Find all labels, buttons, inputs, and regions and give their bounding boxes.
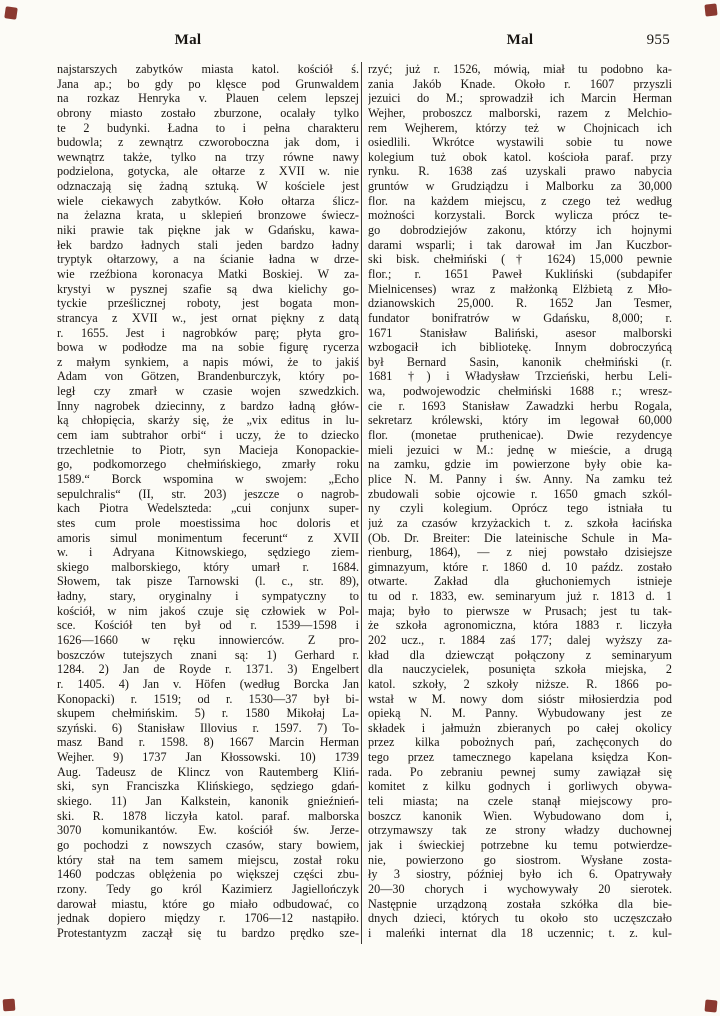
- text-line: 1284. 2) Jan de Royde r. 1371. 3) Engelb…: [57, 662, 359, 677]
- text-line: szyński. 6) Stanisław Illovius r. 1597. …: [57, 721, 359, 736]
- text-line: rem Wejherem, którzy też w Chojnicach ic…: [368, 121, 672, 136]
- text-line: 3070 komunikantów. Ew. kościół św. Jerze…: [57, 823, 359, 838]
- text-line: dla nauczycielek, posunięta szkoła miejs…: [368, 662, 672, 677]
- text-line: gruntów w Grudziądzu i Malborku za 30,00…: [368, 179, 672, 194]
- text-line: flor.; r. 1651 Paweł Kukliński (subdapif…: [368, 267, 672, 282]
- scan-mark-top-right: [704, 3, 717, 16]
- text-line: w. i Adryana Kitnowskiego, sędziego ziem…: [57, 545, 359, 560]
- text-line: dnych dzieci, których tu około sto uczęs…: [368, 911, 672, 926]
- text-line: boszcz kanonik Wien. Wybudowano dom i,: [368, 809, 672, 824]
- text-line: Aug. Tadeusz de Klincz von Rautemberg Kl…: [57, 765, 359, 780]
- text-line: go dobrodziejów zakonu, którzy ich hojny…: [368, 223, 672, 238]
- text-line: był Bernard Sasin, kanonik chełmiński (r…: [368, 355, 672, 370]
- text-line: tryptyk ołtarzowy, a na ścianie ładna w …: [57, 252, 359, 267]
- text-line: Protestantyzm zaczął się tu bardzo prędk…: [57, 926, 359, 941]
- text-line: flor. (monetae pruthenicae). Dwie rezyde…: [368, 428, 672, 443]
- text-line: fundator bonifratrów w Gdańsku, 8,000; r…: [368, 311, 672, 326]
- text-line: otrzymawszy tak ze strony władzy duchown…: [368, 823, 672, 838]
- text-column-left: najstarszych zabytków miasta katol. kośc…: [57, 62, 359, 940]
- text-line: najstarszych zabytków miasta katol. kośc…: [57, 62, 359, 77]
- text-line: Inny nagrobek dziecinny, z bardzo ładną …: [57, 399, 359, 414]
- text-line: ski, syn Franciszka Klińskiego, sędziego…: [57, 779, 359, 794]
- text-line: cem iam subtrahor orbi“ i uczy, że to dz…: [57, 428, 359, 443]
- text-line: zbudowali sobie ojcowie r. 1650 gmach sz…: [368, 487, 672, 502]
- text-line: Jana ap.; bo gdy po klęsce pod Grunwalde…: [57, 77, 359, 92]
- text-line: już za czasów krzyżackich t. z. szkoła ł…: [368, 516, 672, 531]
- text-line: amoris simul monimentum fecerunt“ z XVII: [57, 531, 359, 546]
- text-line: na zamku, gdzie im powierzone były obie …: [368, 457, 672, 472]
- text-line: wa, podwojewodzic chełmiński 1688 r.; wr…: [368, 384, 672, 399]
- text-line: rada. Po zebraniu pewnej sumy zawiązał s…: [368, 765, 672, 780]
- text-line: krystyi w pysznej szafie są dwa kielichy…: [57, 282, 359, 297]
- text-line: darował miastu, które go miało odbudować…: [57, 897, 359, 912]
- scan-mark-bottom-right: [704, 999, 717, 1012]
- text-line: wiele ciekawych zabytków. Koło ołtarza ś…: [57, 194, 359, 209]
- text-line: cie r. 1693 Stanisław Zawadzki herbu Rog…: [368, 399, 672, 414]
- text-line: skiego malborskiego, który umarł r. 1684…: [57, 560, 359, 575]
- text-line: na rozkaz Henryka v. Plauen celem lepsze…: [57, 91, 359, 106]
- text-line: jak i świeckiej potrzebne ku temu potwie…: [368, 838, 672, 853]
- text-line: sekretarz królewski, który im legował 60…: [368, 413, 672, 428]
- text-line: gimnazyum, które r. 1860 d. 10 paźdz. zo…: [368, 560, 672, 575]
- column-divider-rule: [361, 62, 362, 944]
- text-line: komitet z kilku godnych i gorliwych obyw…: [368, 779, 672, 794]
- text-line: r. 1405. 4) Jan v. Höfen (według Borcka …: [57, 677, 359, 692]
- text-line: stes cum prole moestissima hoc doloris e…: [57, 516, 359, 531]
- text-line: ły 3 siostry, później było ich 6. Opatry…: [368, 867, 672, 882]
- text-line: Adam von Götzen, Brandenburczyk, który p…: [57, 369, 359, 384]
- text-line: tego przez tamecznego kapelana księdza K…: [368, 750, 672, 765]
- text-line: teli miasta; na czele stanął miejscowy p…: [368, 794, 672, 809]
- text-line: strancya z XVII w., jest ornat piękny z …: [57, 311, 359, 326]
- text-line: Wejher, proboszcz malborski, razem z Mel…: [368, 106, 672, 121]
- scan-mark-bottom-left: [3, 999, 16, 1012]
- text-line: Słowem, tak pisze Tarnowski (l. c., str.…: [57, 574, 359, 589]
- text-line: wzbogacił ich bibliotekę. Innym dobroczy…: [368, 340, 672, 355]
- text-line: składek i jałmużn zbieranych po całej ok…: [368, 721, 672, 736]
- text-line: otwarte. Zakład dla głuchoniemych istnie…: [368, 574, 672, 589]
- scanned-page: Mal Mal 955 najstarszych zabytków miasta…: [0, 0, 720, 1016]
- text-line: trzechletnie to Piotr, syn Macieja Konop…: [57, 443, 359, 458]
- text-line: na żelazna krata, u sklepień bronzowe św…: [57, 208, 359, 223]
- text-line: darami wsparli; i tak darował im Jan Kuc…: [368, 238, 672, 253]
- text-line: go pochodzi z nowszych czasów, stary bow…: [57, 838, 359, 853]
- scan-mark-top-left: [4, 6, 18, 20]
- text-line: budowla; z zewnątrz czworoboczna jak dom…: [57, 135, 359, 150]
- text-line: rienburg, 1864), — z niej powstało dzisi…: [368, 545, 672, 560]
- text-line: odznaczają się żadną sztuką. W kościele …: [57, 179, 359, 194]
- text-line: Mielnicenses) wraz z małżonką Elżbietą z…: [368, 282, 672, 297]
- text-line: wewnątrz także, tylko na trzy równe nawy: [57, 150, 359, 165]
- text-line: sepulchralis“ (II, str. 203) jeszcze o n…: [57, 487, 359, 502]
- text-line: rzyć; już r. 1526, mówią, miał tu podobn…: [368, 62, 672, 77]
- text-line: nie, powierzono go siostrom. Wysłane zos…: [368, 853, 672, 868]
- text-line: wstał w M. nowy dom sióstr miłosierdzia …: [368, 692, 672, 707]
- text-line: rzony. Tedy go król Kazimierz Jagiellońc…: [57, 882, 359, 897]
- text-line: dzianowskich 25,000. R. 1652 Jan Tesmer,: [368, 296, 672, 311]
- text-line: flor. na każdem miejscu, z czego też wed…: [368, 194, 672, 209]
- text-line: 1589.“ Borck wspomina w swojem: „Echo: [57, 472, 359, 487]
- running-title-left: Mal: [38, 32, 338, 49]
- page-number: 955: [610, 32, 670, 49]
- text-line: zania Jakób Knade. Około r. 1607 przyszl…: [368, 77, 672, 92]
- text-line: ką chłopięcia, skarży się, że „vix editu…: [57, 413, 359, 428]
- text-line: możności korzystali. Borck wylicza prócz…: [368, 208, 672, 223]
- text-line: z małym synkiem, a napis mówi, że to jak…: [57, 355, 359, 370]
- text-line: 20—30 chorych i wychowywały 20 sierotek.: [368, 882, 672, 897]
- text-column-right: rzyć; już r. 1526, mówią, miał tu podobn…: [368, 62, 672, 940]
- text-line: ski. R. 1878 liczyła katol. paraf. malbo…: [57, 809, 359, 824]
- text-line: opieką N. M. Panny. Wybudowany jest ze: [368, 706, 672, 721]
- text-line: 1460 podczas oblężenia po większej częśc…: [57, 867, 359, 882]
- text-line: bowa w podłodze ma na sobie figurę rycer…: [57, 340, 359, 355]
- text-line: że szkoła agronomiczna, która 1883 r. li…: [368, 618, 672, 633]
- text-line: jezuici do M.; sprowadził ich Marcin Her…: [368, 91, 672, 106]
- text-line: maja; było to pierwsze w Prusach; jest t…: [368, 604, 672, 619]
- text-line: wie rzeźbiona koronacya Matki Boskiej. W…: [57, 267, 359, 282]
- text-line: ny czyli kolegium. Oprócz tego istniała …: [368, 501, 672, 516]
- text-line: kościół, w nim jakoś czuje się człowiek …: [57, 604, 359, 619]
- text-line: skiego. 11) Jan Kalkstein, kanonik gnieź…: [57, 794, 359, 809]
- text-line: niki prawie tak piękne jak w Gdańsku, ka…: [57, 223, 359, 238]
- text-line: jednak dopiero między r. 1706—12 nastąpi…: [57, 911, 359, 926]
- text-line: ski bisk. chełmiński († 1624) 15,000 pew…: [368, 252, 672, 267]
- text-line: Wejher. 9) 1737 Jan Kłossowski. 10) 1739: [57, 750, 359, 765]
- text-line: plice N. M. Panny i św. Anny. Na zamku t…: [368, 472, 672, 487]
- text-line: 1626—1660 w ręku innowierców. Z pro-: [57, 633, 359, 648]
- text-line: (Ob. Dr. Breiter: Die lateinische Schule…: [368, 531, 672, 546]
- text-line: podzielona, gotycka, ale ołtarze z XVII …: [57, 164, 359, 179]
- text-line: obrony miasto zostało zburzone, ocalały …: [57, 106, 359, 121]
- text-line: łek bardzo ładnych stali jeden bardzo ła…: [57, 238, 359, 253]
- text-line: 1671 Stanisław Baliński, asesor malborsk…: [368, 326, 672, 341]
- text-line: te 2 budynki. Ładna to i pełna charakter…: [57, 121, 359, 136]
- text-line: rynku. R. 1638 zaś uzyskali prawo nabyci…: [368, 164, 672, 179]
- text-line: sce. Kościół ten był od r. 1539—1598 i: [57, 618, 359, 633]
- text-line: i maleńki internat dla 18 uczennic; t. z…: [368, 926, 672, 941]
- text-line: boszczów tutejszych znani są: 1) Gerhard…: [57, 648, 359, 663]
- text-line: przez kilka pobożnych pań, zachęconych d…: [368, 735, 672, 750]
- text-line: kład dla dziewcząt połączony z seminaryu…: [368, 648, 672, 663]
- text-line: mieli jezuici w M.: jednę w mieście, a d…: [368, 443, 672, 458]
- text-line: ładny, stary, oryginalny i sympatyczny t…: [57, 589, 359, 604]
- text-line: tyckie prześlicznej roboty, jest bogata …: [57, 296, 359, 311]
- text-line: masz Band r. 1598. 8) 1667 Marcin Herman: [57, 735, 359, 750]
- page-header: Mal Mal 955: [0, 32, 720, 52]
- text-line: tu od r. 1833, ew. seminaryum już r. 181…: [368, 589, 672, 604]
- text-line: Następnie urządzoną została szkółka dla …: [368, 897, 672, 912]
- text-line: go, podkomorzego chełmińskiego, zmarły r…: [57, 457, 359, 472]
- text-line: który stał na tem samem miejscu, został …: [57, 853, 359, 868]
- text-line: kolegium tuż obok katol. kościoła paraf.…: [368, 150, 672, 165]
- text-line: osiedlili. Wkrótce wystawili sobie tu no…: [368, 135, 672, 150]
- text-line: r. 1655. Jest i nagrobków parę; płyta gr…: [57, 326, 359, 341]
- text-line: kach Piotra Wedelszteda: „cui conjunx su…: [57, 501, 359, 516]
- text-line: 1681 †) i Władysław Trzcieński, herbu Le…: [368, 369, 672, 384]
- text-line: 202 ucz., r. 1884 zaś 177; dalej wyższy …: [368, 633, 672, 648]
- text-line: katol. szkoły, 2 szkoły niższe. R. 1866 …: [368, 677, 672, 692]
- text-line: legł czy zmarł w czasie wojen szwedzkich…: [57, 384, 359, 399]
- text-line: Konopacki) r. 1519; od r. 1530—37 był bi…: [57, 692, 359, 707]
- text-line: skupem chełmińskim. 5) r. 1580 Mikołaj L…: [57, 706, 359, 721]
